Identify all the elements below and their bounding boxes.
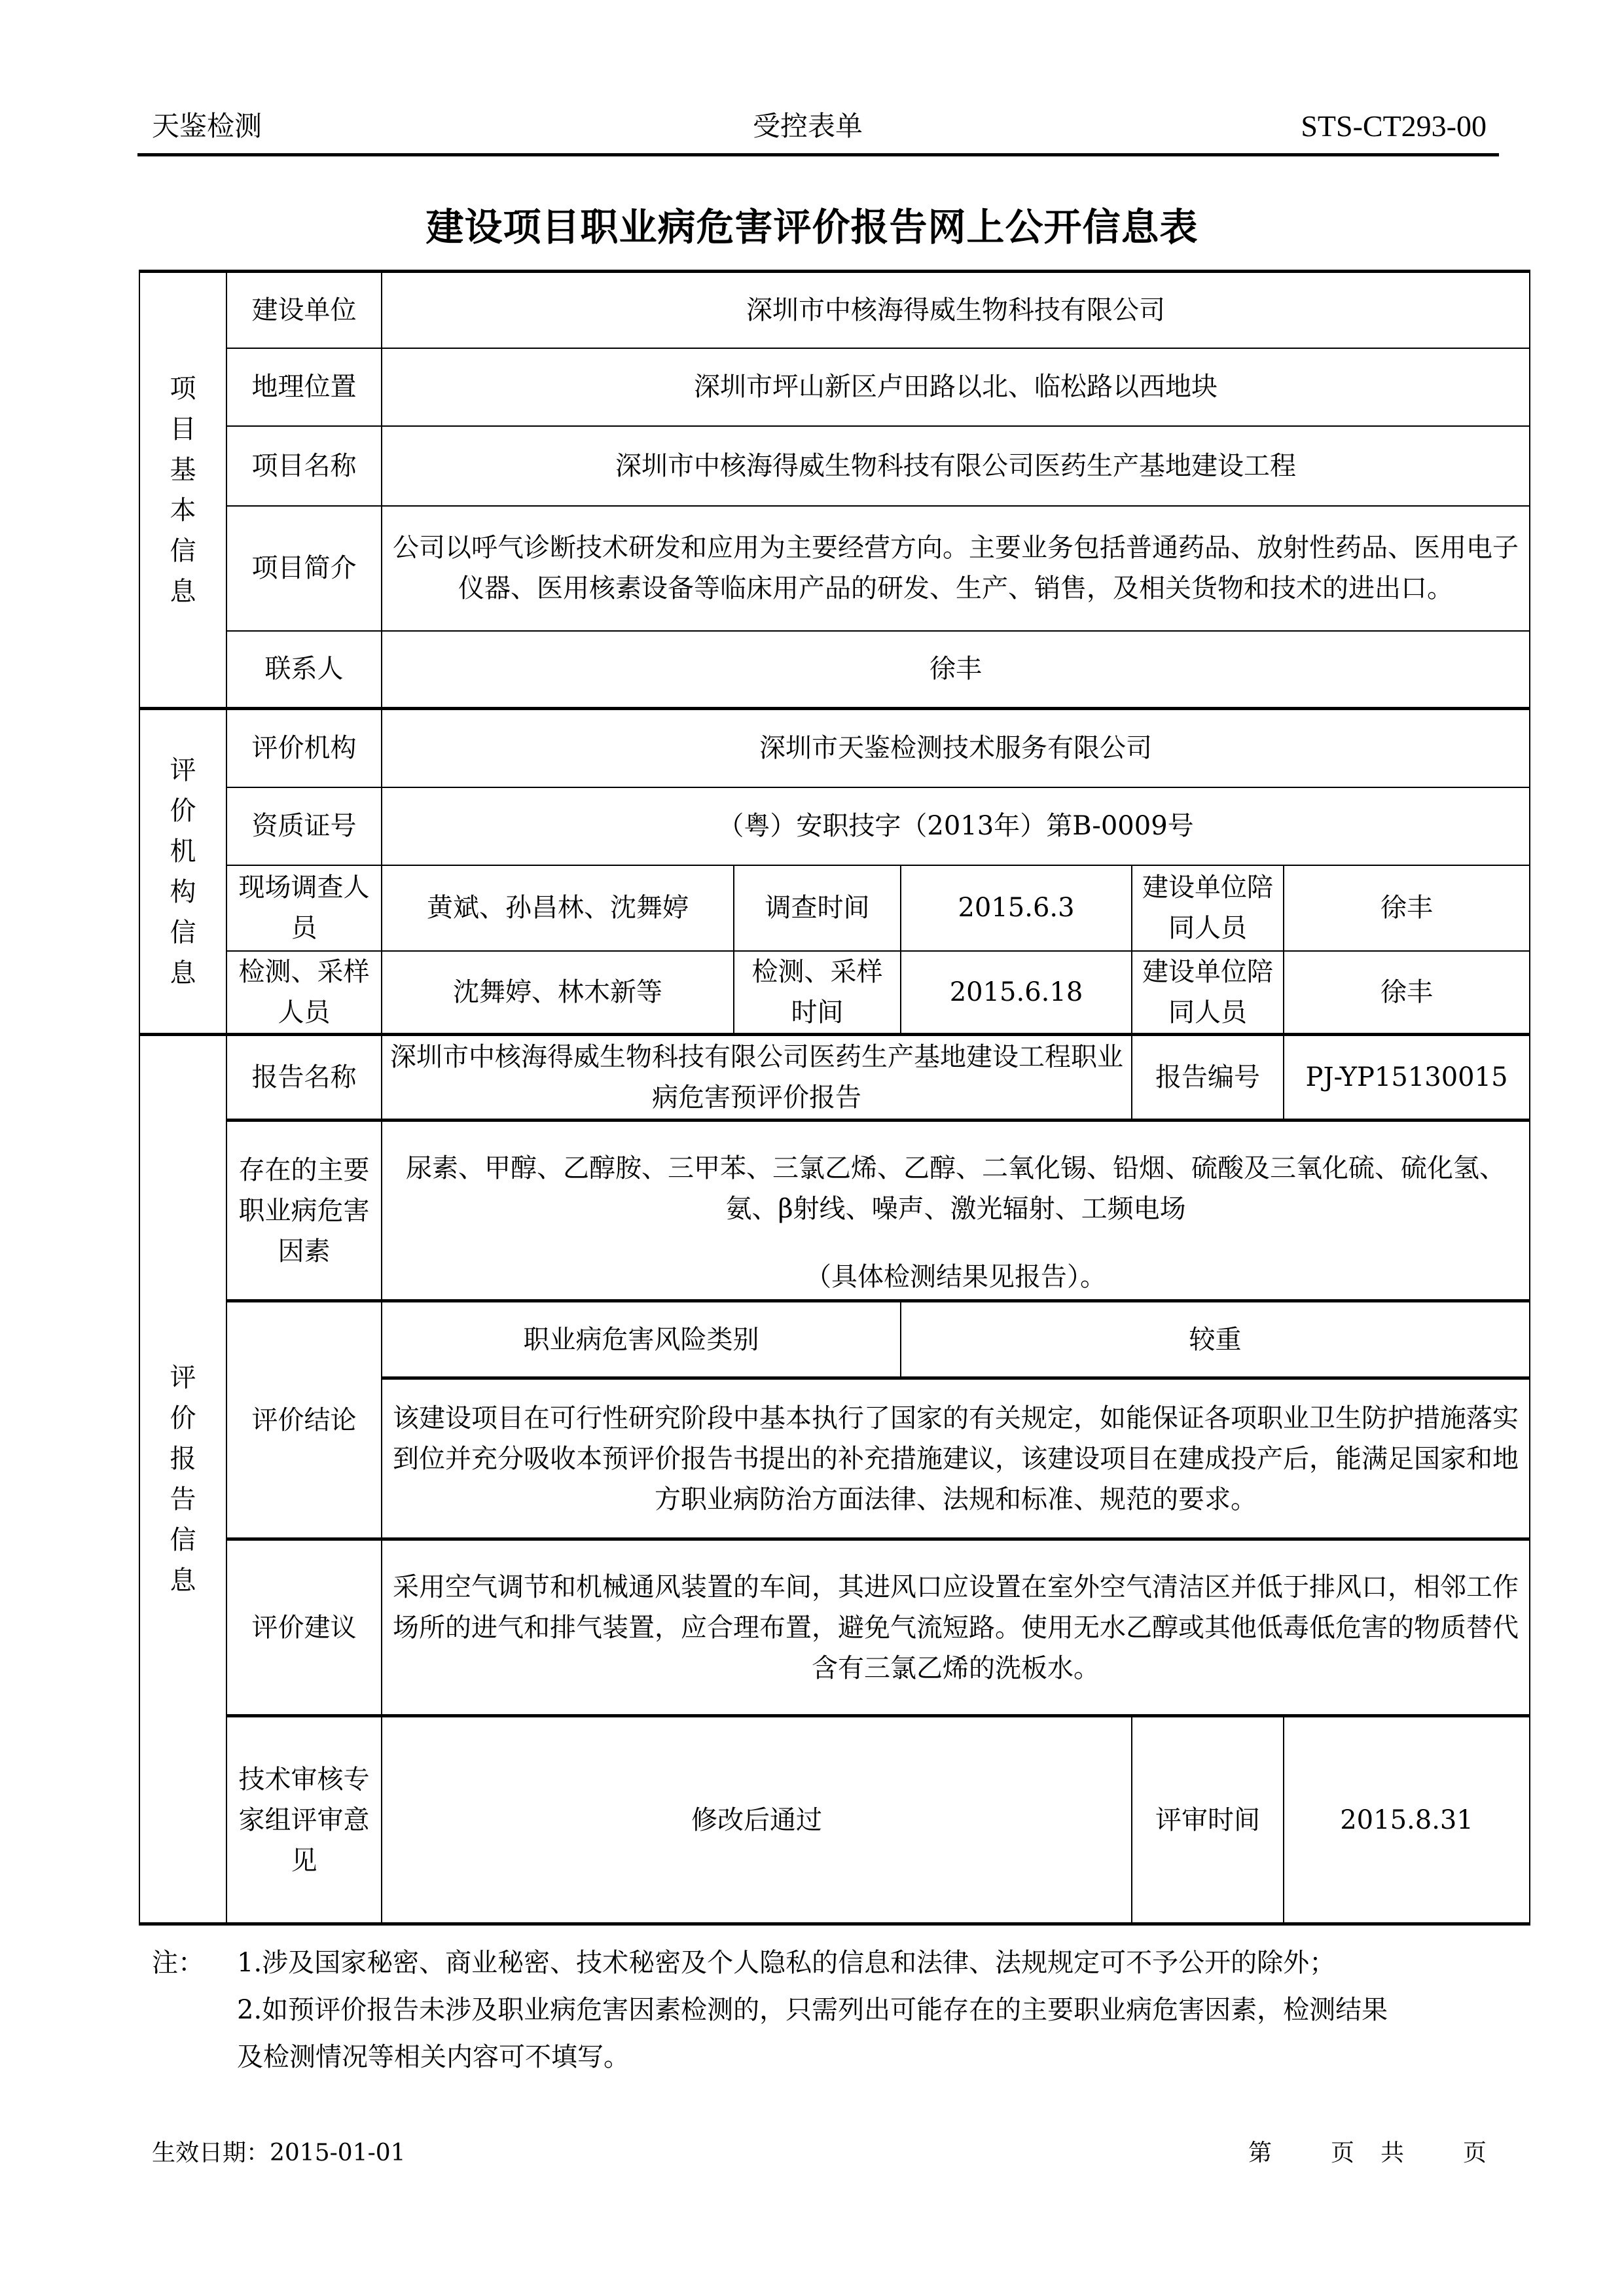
label-project-intro: 项目简介 <box>226 506 382 631</box>
value-agency: 深圳市天鉴检测技术服务有限公司 <box>382 709 1530 787</box>
value-sampling-staff: 沈舞婷、林木新等 <box>382 951 734 1035</box>
note-item-2-cont: 及检测情况等相关内容可不填写。 <box>237 2038 630 2076</box>
value-sampling-escort: 徐丰 <box>1284 951 1530 1035</box>
effective-date: 生效日期：2015-01-01 <box>152 2139 406 2168</box>
section-project-label: 项目基本信息 <box>139 272 226 709</box>
label-conclusion: 评价结论 <box>226 1301 382 1539</box>
section-report-label: 评价报告信息 <box>139 1035 226 1924</box>
label-survey-time: 调查时间 <box>734 865 901 951</box>
label-sampling-staff: 检测、采样人员 <box>226 951 382 1035</box>
value-risk-category: 较重 <box>901 1301 1530 1378</box>
value-survey-staff: 黄斌、孙昌林、沈舞婷 <box>382 865 734 951</box>
label-review-time: 评审时间 <box>1132 1716 1284 1924</box>
hazard-factors-note: （具体检测结果见报告）。 <box>390 1257 1521 1297</box>
header-form-type: 受控表单 <box>753 110 863 143</box>
header-company: 天鉴检测 <box>152 110 262 143</box>
value-certificate: （粤）安职技字（2013年）第B-0009号 <box>382 787 1530 865</box>
header-divider <box>137 153 1499 156</box>
hazard-factors-list: 尿素、甲醇、乙醇胺、三甲苯、三氯乙烯、乙醇、二氧化锡、铅烟、硫酸及三氧化硫、硫化… <box>390 1148 1521 1229</box>
value-survey-time: 2015.6.3 <box>901 865 1132 951</box>
info-table: 项目基本信息 建设单位 深圳市中核海得威生物科技有限公司 地理位置 深圳市坪山新… <box>139 270 1530 1926</box>
section-agency-label: 评价机构信息 <box>139 709 226 1035</box>
value-report-name: 深圳市中核海得威生物科技有限公司医药生产基地建设工程职业病危害预评价报告 <box>382 1035 1132 1121</box>
value-conclusion: 该建设项目在可行性研究阶段中基本执行了国家的有关规定，如能保证各项职业卫生防护措… <box>382 1378 1530 1539</box>
label-report-no: 报告编号 <box>1132 1035 1284 1121</box>
value-contact: 徐丰 <box>382 631 1530 709</box>
value-project-name: 深圳市中核海得威生物科技有限公司医药生产基地建设工程 <box>382 426 1530 506</box>
value-sampling-time: 2015.6.18 <box>901 951 1132 1035</box>
value-survey-escort: 徐丰 <box>1284 865 1530 951</box>
label-certificate: 资质证号 <box>226 787 382 865</box>
label-hazard-factors: 存在的主要职业病危害因素 <box>226 1121 382 1301</box>
label-contact: 联系人 <box>226 631 382 709</box>
value-report-no: PJ-YP15130015 <box>1284 1035 1530 1121</box>
label-suggestion: 评价建议 <box>226 1539 382 1716</box>
label-location: 地理位置 <box>226 348 382 426</box>
value-review-time: 2015.8.31 <box>1284 1716 1530 1924</box>
page-number: 第页共页 <box>1248 2139 1487 2168</box>
label-risk-category: 职业病危害风险类别 <box>382 1301 901 1378</box>
label-survey-staff: 现场调查人员 <box>226 865 382 951</box>
label-agency: 评价机构 <box>226 709 382 787</box>
label-project-name: 项目名称 <box>226 426 382 506</box>
label-report-name: 报告名称 <box>226 1035 382 1121</box>
notes-prefix: 注： <box>152 1944 204 1982</box>
page-title: 建设项目职业病危害评价报告网上公开信息表 <box>0 204 1624 250</box>
note-item-1: 1.涉及国家秘密、商业秘密、技术秘密及个人隐私的信息和法律、法规规定可不予公开的… <box>237 1944 1335 1982</box>
value-construction-unit: 深圳市中核海得威生物科技有限公司 <box>382 272 1530 348</box>
header-doc-code: STS-CT293-00 <box>1301 110 1487 143</box>
label-survey-escort: 建设单位陪同人员 <box>1132 865 1284 951</box>
note-item-2: 2.如预评价报告未涉及职业病危害因素检测的，只需列出可能存在的主要职业病危害因素… <box>237 1991 1388 2029</box>
value-hazard-factors: 尿素、甲醇、乙醇胺、三甲苯、三氯乙烯、乙醇、二氧化锡、铅烟、硫酸及三氧化硫、硫化… <box>382 1121 1530 1301</box>
label-sampling-escort: 建设单位陪同人员 <box>1132 951 1284 1035</box>
label-expert-review: 技术审核专家组评审意见 <box>226 1716 382 1924</box>
value-suggestion: 采用空气调节和机械通风装置的车间，其进风口应设置在室外空气清洁区并低于排风口，相… <box>382 1539 1530 1716</box>
value-project-intro: 公司以呼气诊断技术研发和应用为主要经营方向。主要业务包括普通药品、放射性药品、医… <box>382 506 1530 631</box>
value-location: 深圳市坪山新区卢田路以北、临松路以西地块 <box>382 348 1530 426</box>
value-expert-review: 修改后通过 <box>382 1716 1132 1924</box>
label-construction-unit: 建设单位 <box>226 272 382 348</box>
label-sampling-time: 检测、采样时间 <box>734 951 901 1035</box>
